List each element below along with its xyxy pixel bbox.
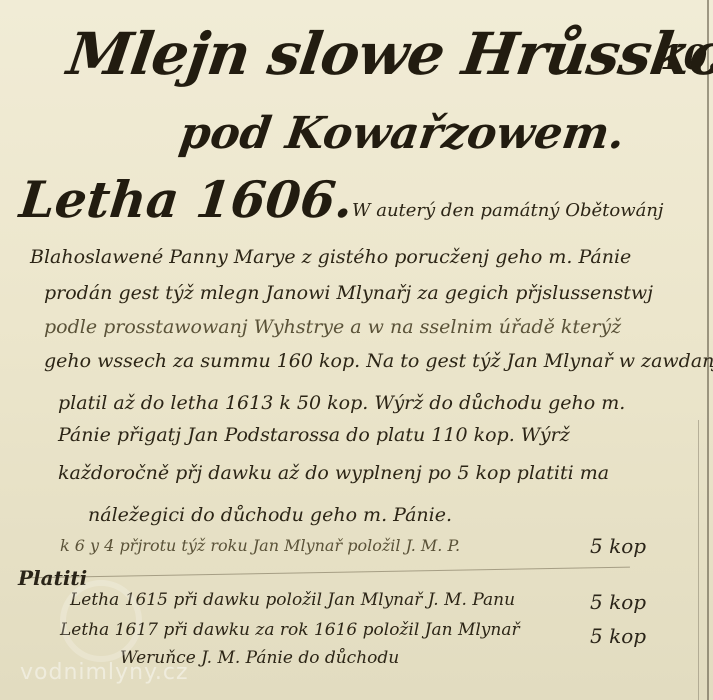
page-number: 10.	[660, 38, 713, 78]
body-line: Pánie přigatj Jan Podstarossa do platu 1…	[58, 424, 570, 446]
heading-line-1: Mlejn slowe Hrůsskowsky	[63, 20, 713, 88]
body-line: prodán gest týž mlegn Janowi Mlynařj za …	[44, 282, 653, 304]
watermark-text: vodnimlyny.cz	[20, 660, 189, 685]
body-line: W auterý den památný Obětowánj	[352, 200, 664, 221]
note-line: k 6 y 4 přjrotu týž roku Jan Mlynař polo…	[60, 536, 460, 555]
watermark-logo-icon	[60, 580, 142, 662]
note-amount: 5 kop	[590, 534, 646, 558]
page-edge-inner	[698, 420, 699, 700]
body-line: podle prosstawowanj Wyhstrye a w na ssel…	[44, 316, 621, 338]
divider-rule	[20, 567, 630, 579]
manuscript-page: Mlejn slowe Hrůsskowsky 10. pod Kowařzow…	[0, 0, 713, 700]
payment-amount: 5 kop	[590, 624, 646, 648]
body-line: platil až do letha 1613 k 50 kop. Wýrž d…	[58, 392, 625, 414]
body-line: Blahoslawené Panny Marye z gistého poruc…	[30, 246, 631, 268]
year-label: Letha 1606.	[17, 170, 356, 229]
body-line: každoročně přj dawku až do wyplnenj po 5…	[58, 462, 609, 484]
body-line: náležegici do důchodu geho m. Pánie.	[88, 504, 452, 526]
payment-amount: 5 kop	[590, 590, 646, 614]
heading-line-2: pod Kowařzowem.	[176, 108, 628, 159]
body-line: geho wssech za summu 160 kop. Na to gest…	[44, 350, 713, 372]
